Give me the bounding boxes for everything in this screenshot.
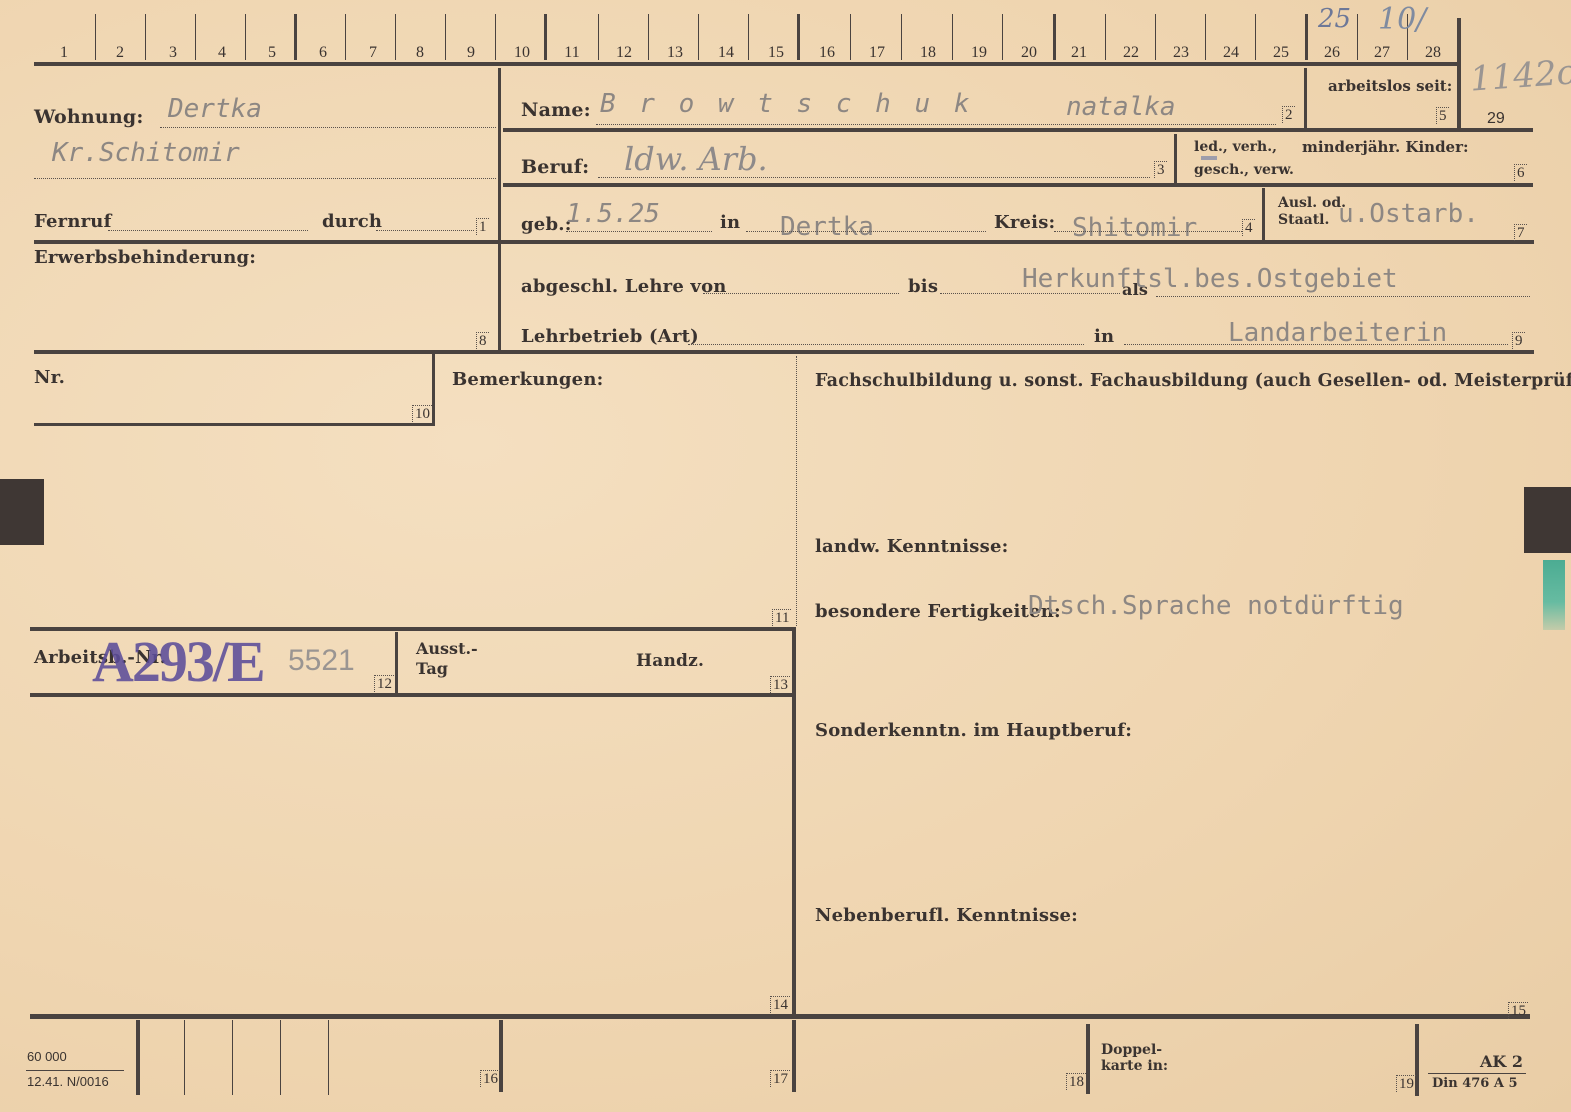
geburtsdatum-value[interactable]: 1.5.25: [566, 199, 660, 229]
column-number: 12: [609, 44, 639, 62]
divider: [232, 1020, 233, 1095]
durch-line: [376, 230, 474, 231]
ruler-baseline: [34, 62, 1458, 66]
box-number: 10: [412, 405, 432, 422]
divider: [498, 68, 501, 350]
ruler-tick: [1105, 14, 1106, 60]
column-number: 11: [557, 44, 587, 62]
handwritten-note: 10/: [1378, 2, 1426, 37]
box-number: 12: [374, 675, 394, 692]
column-number: 14: [711, 44, 741, 62]
staatsangehoerigkeit-label: Ausl. od.: [1278, 195, 1346, 212]
divider: [792, 628, 796, 1018]
ruler-tick: [648, 14, 649, 60]
wohnung-line: [160, 127, 496, 128]
print-run: 60 000: [27, 1049, 67, 1064]
surname-value[interactable]: B r o w t s c h u k: [600, 89, 973, 119]
column-number: 21: [1064, 44, 1094, 62]
familienstand-label: gesch., verw.: [1194, 162, 1294, 179]
ruler-tick: [1155, 14, 1156, 60]
divider: [136, 1020, 140, 1095]
erwerbsbehinderung-label: Erwerbsbehinderung:: [34, 247, 256, 268]
fernruf-label: Fernruf: [34, 211, 112, 232]
wohnung-label: Wohnung:: [34, 106, 144, 128]
ruler-tick: [901, 14, 902, 60]
ruler-tick: [797, 14, 800, 60]
ruler-tick: [1357, 14, 1358, 60]
kinder-label: minderjähr. Kinder:: [1302, 139, 1469, 156]
nebenberufl-kenntnisse-label: Nebenberufl. Kenntnisse:: [815, 905, 1078, 926]
lehre-value[interactable]: Herkunftsl.bes.Ostgebiet: [1022, 264, 1398, 294]
kreis-label: Kreis:: [994, 212, 1055, 233]
name-line: [596, 124, 1276, 125]
wohnung-value-line2[interactable]: Kr.Schitomir: [52, 138, 240, 168]
column-number: 20: [1014, 44, 1044, 62]
name-label: Name:: [521, 99, 591, 121]
box-number: 2: [1282, 106, 1295, 123]
divider: [1086, 1024, 1090, 1094]
familienstand-label: led., verh.,: [1194, 139, 1277, 156]
geburtsort-line: [746, 231, 986, 232]
column-number: 27: [1367, 44, 1397, 62]
bis-label: bis: [908, 276, 938, 297]
beruf-line: [598, 177, 1150, 178]
column-number: 17: [862, 44, 892, 62]
staatsangehoerigkeit-value[interactable]: u.Ostarb.: [1338, 199, 1479, 229]
besondere-fertigkeiten-value[interactable]: Dtsch.Sprache notdürftig: [1028, 591, 1404, 621]
durch-label: durch: [322, 211, 382, 232]
box-number: 3: [1154, 161, 1167, 178]
ruler-tick: [245, 14, 246, 60]
lehre-von-line: [703, 293, 899, 294]
fachschulbildung-label: Fachschulbildung u. sonst. Fachausbildun…: [815, 371, 1571, 391]
first-name-value[interactable]: natalka: [1066, 92, 1176, 122]
column-number: 18: [913, 44, 943, 62]
column-number: 19: [964, 44, 994, 62]
divider: [34, 350, 1534, 354]
arbeitslos-label: arbeitslos seit:: [1328, 78, 1452, 95]
geburtsort-value[interactable]: Dertka: [780, 212, 874, 242]
box-number: 11: [772, 609, 791, 626]
din-code: Din 476 A 5: [1432, 1076, 1518, 1091]
ruler-tick: [952, 14, 953, 60]
divider: [395, 632, 398, 696]
familienstand-mark: [1201, 156, 1217, 160]
divider: [1304, 68, 1307, 130]
als-line: [1156, 296, 1530, 297]
ruler-tick: [345, 14, 346, 60]
handzeichen-label: Handz.: [636, 651, 704, 671]
divider: [1262, 188, 1265, 243]
wohnung-line2: [34, 178, 496, 179]
handwritten-corner-note: 1142c: [1469, 52, 1571, 99]
teal-marker-stripe: [1543, 560, 1565, 630]
beruf-value[interactable]: ldw. Arb.: [624, 140, 768, 178]
column-number: 7: [358, 44, 388, 62]
ruler-tick: [1305, 14, 1308, 60]
box-number: 7: [1514, 224, 1527, 241]
box-number: 19: [1396, 1075, 1416, 1092]
divider: [328, 1020, 329, 1095]
column-number: 6: [308, 44, 338, 62]
column-number: 1: [49, 44, 79, 62]
box-number: 6: [1514, 164, 1527, 181]
lehrbetrieb-in-label: in: [1094, 326, 1114, 347]
divider: [30, 1014, 1530, 1019]
ruler-tick: [495, 14, 496, 60]
ruler-tick: [748, 14, 749, 60]
box-number: 14: [770, 996, 790, 1013]
box-number: 16: [480, 1070, 500, 1087]
ruler-tick: [598, 14, 599, 60]
divider: [280, 1020, 281, 1095]
lehrbetrieb-label: Lehrbetrieb (Art): [521, 326, 699, 347]
card-tab-mark-left: [0, 479, 44, 545]
beruf-label: Beruf:: [521, 156, 589, 178]
ruler-tick: [445, 14, 446, 60]
box-number: 15: [1508, 1002, 1528, 1019]
ruler-end-line: [1457, 18, 1461, 130]
wohnung-value[interactable]: Dertka: [168, 94, 262, 124]
box-number: 13: [770, 676, 790, 693]
handwritten-note: 25: [1318, 4, 1351, 34]
ruler-tick: [195, 14, 196, 60]
staatsangehoerigkeit-label: Staatl.: [1278, 212, 1329, 229]
column-number: 10: [507, 44, 537, 62]
print-code: 12.41. N/0016: [27, 1074, 109, 1089]
kreis-value[interactable]: Shitomir: [1072, 213, 1197, 243]
dotted-divider: [796, 356, 797, 626]
doppelkarte-label: karte in:: [1101, 1058, 1168, 1075]
box-number: 17: [770, 1070, 790, 1087]
column-number: 28: [1418, 44, 1448, 62]
ruler-tick: [294, 14, 297, 60]
column-number: 23: [1166, 44, 1196, 62]
divider: [432, 354, 435, 426]
box-number: 1: [476, 218, 489, 235]
ruler-tick: [95, 14, 96, 60]
doppelkarte-label: Doppel-: [1101, 1042, 1162, 1059]
column-number: 16: [812, 44, 842, 62]
ruler-tick: [1205, 14, 1206, 60]
ruler-tick: [145, 14, 146, 60]
divider: [34, 423, 434, 426]
column-number: 25: [1266, 44, 1296, 62]
nr-label: Nr.: [34, 367, 65, 388]
arbeitsamt-stamp: A293/E: [92, 628, 264, 695]
bemerkungen-label: Bemerkungen:: [452, 369, 603, 390]
landw-kenntnisse-label: landw. Kenntnisse:: [815, 536, 1008, 557]
ruler-tick: [1053, 14, 1056, 60]
box-number: 4: [1242, 219, 1255, 236]
divider: [184, 1020, 185, 1095]
corner-number: 29: [1487, 110, 1505, 128]
box-number: 9: [1512, 332, 1525, 349]
divider: [1174, 134, 1177, 184]
lehrbetrieb-value[interactable]: Landarbeiterin: [1228, 318, 1447, 348]
column-number: 9: [456, 44, 486, 62]
geb-in-label: in: [720, 212, 740, 233]
form-code: AK 2: [1480, 1052, 1523, 1071]
ausstellung-label: Ausst.-: [416, 640, 478, 657]
arbeitsbuch-number[interactable]: 5521: [288, 644, 355, 678]
column-number: 22: [1116, 44, 1146, 62]
ruler-tick: [850, 14, 851, 60]
geb-line: [566, 231, 712, 232]
box-number: 5: [1436, 107, 1449, 124]
column-number: 2: [105, 44, 135, 62]
ruler-tick: [1002, 14, 1003, 60]
lehrbetrieb-line: [688, 344, 1084, 345]
ruler-tick: [1255, 14, 1256, 60]
divider: [792, 1020, 796, 1092]
ruler-tick: [544, 14, 547, 60]
footer-rule: [26, 1070, 124, 1071]
footer-rule: [1428, 1073, 1526, 1074]
column-number: 24: [1216, 44, 1246, 62]
besondere-fertigkeiten-label: besondere Fertigkeiten:: [815, 601, 1061, 622]
card-tab-mark-right: [1524, 487, 1571, 553]
ruler-tick: [395, 14, 396, 60]
lehre-label: abgeschl. Lehre von: [521, 276, 727, 297]
column-number: 3: [158, 44, 188, 62]
column-number: 13: [660, 44, 690, 62]
column-number: 15: [761, 44, 791, 62]
geb-label: geb.:: [521, 214, 572, 235]
column-number: 8: [405, 44, 435, 62]
box-number: 8: [476, 332, 489, 349]
divider: [503, 183, 1533, 187]
column-number: 5: [257, 44, 287, 62]
column-number: 4: [207, 44, 237, 62]
box-number: 18: [1066, 1073, 1086, 1090]
kreis-line: [1054, 231, 1242, 232]
sonderkenntnisse-label: Sonderkenntn. im Hauptberuf:: [815, 720, 1132, 741]
column-number: 26: [1317, 44, 1347, 62]
fernruf-line: [108, 230, 308, 231]
divider: [503, 128, 1533, 132]
ausstellung-label: Tag: [416, 660, 448, 677]
ruler-tick: [698, 14, 699, 60]
